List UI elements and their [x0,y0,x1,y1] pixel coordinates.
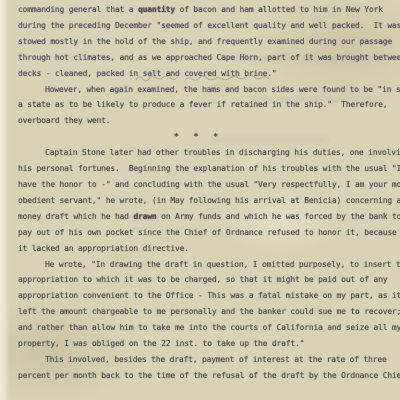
line-text-bold: drawn [133,212,156,221]
typescript-line: appropriation convenient to the Office -… [18,288,393,304]
line-text: his personal fortunes. Beginning the exp… [18,164,400,173]
typescript-line: obedient servant," he wrote, (in May fol… [18,193,393,209]
line-text: Captain Stone later had other troubles i… [45,148,400,157]
typescript-line: percent per month back to the time of th… [18,368,393,384]
typescript-line: * * * [18,129,393,145]
line-text: a state as to be likely to produce a fev… [18,100,387,109]
line-text: pay out of his own pocket since the Chie… [18,228,397,237]
typescript-line: This involved, besides the draft, paymen… [18,352,393,368]
typescript-line: money draft which he had drawn on Army f… [18,209,393,225]
typescript-line: appropriation to which it was to be char… [18,272,393,288]
typescript-line: have the honor to -" and concluding with… [18,177,393,193]
line-text: it lacked an appropriation directive. [18,244,189,253]
manuscript-page: commanding general that a quantity of ba… [0,0,400,400]
pencil-annotation-icon [130,70,280,86]
line-text: stowed mostly in the hold of the ship, a… [18,37,392,46]
line-text: through hot climates, and as we approach… [18,53,400,62]
typescript-line: Captain Stone later had other troubles i… [18,145,393,161]
typescript-line: property, I was obliged on the 22 inst. … [18,336,393,352]
line-text: * * * [174,132,223,141]
typescript-line: through hot climates, and as we approach… [18,50,393,66]
typescript-line: pay out of his own pocket since the Chie… [18,225,393,241]
typescript-line: it lacked an appropriation directive. [18,241,393,257]
line-text: of bacon and ham allotted to him in New … [175,5,383,14]
line-text: appropriation to which it was to be char… [18,275,387,284]
line-text: property, I was obliged on the 22 inst. … [18,339,304,348]
line-text: obedient servant," he wrote, (in May fol… [18,196,400,205]
typescript-text-block: commanding general that a quantity of ba… [18,2,393,384]
typescript-line: left the amount chargeable to me persona… [18,304,393,320]
line-text: He wrote, "In drawing the draft in quest… [45,260,400,269]
line-text: This involved, besides the draft, paymen… [45,355,387,364]
line-text: during the preceding December "seemed of… [18,21,400,30]
line-text-bold: quantity [138,5,175,14]
typescript-line: He wrote, "In drawing the draft in quest… [18,257,393,273]
line-text: commanding general that a [18,5,138,14]
typescript-line: overboard they went. [18,113,393,129]
line-text: percent per month back to the time of th… [18,371,400,380]
typescript-line: a state as to be likely to produce a fev… [18,97,393,113]
paper-edge [0,0,9,400]
typescript-line: and rather than allow him to take me int… [18,320,393,336]
typescript-line: during the preceding December "seemed of… [18,18,393,34]
line-text: and rather than allow him to take me int… [18,323,400,332]
line-text: on Army funds and which he was forced by… [157,212,400,221]
typescript-line: commanding general that a quantity of ba… [18,2,393,18]
typescript-line: his personal fortunes. Beginning the exp… [18,161,393,177]
line-text: appropriation convenient to the Office -… [18,291,400,300]
line-text: money draft which he had [18,212,133,221]
line-text: overboard they went. [18,116,110,125]
line-text: have the honor to -" and concluding with… [18,180,400,189]
line-text: left the amount chargeable to me persona… [18,307,400,316]
typescript-line: stowed mostly in the hold of the ship, a… [18,34,393,50]
